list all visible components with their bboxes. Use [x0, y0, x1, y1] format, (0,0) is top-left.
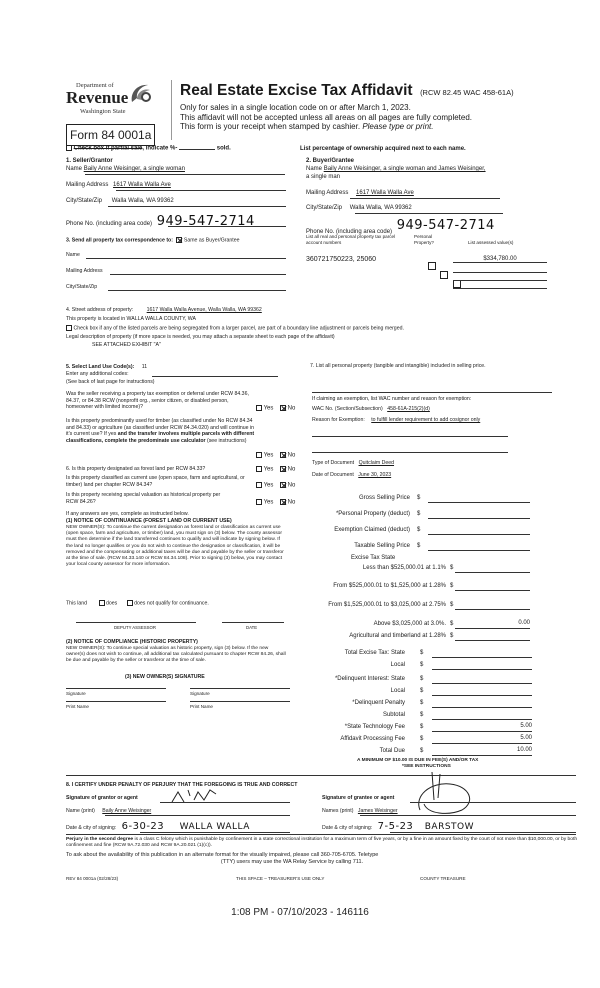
corr-name-label: Name [66, 252, 80, 259]
seller-phone-label: Phone No. (including area code) [66, 221, 152, 227]
tax-row-c5-label: Subtotal [383, 712, 405, 718]
buyer-city-label: City/State/Zip [306, 205, 342, 211]
reason-line-2[interactable] [312, 436, 508, 437]
tax-row-c5-currency: $ [420, 712, 423, 718]
corr-address-label: Mailing Address [66, 268, 103, 275]
accessibility-note: To ask about the availability of this pu… [66, 852, 578, 867]
deputy-assessor-line[interactable] [76, 622, 196, 623]
assessed-value-2[interactable] [453, 272, 547, 273]
buyer-city-underline [355, 213, 503, 214]
header-note-3-text: This form is your receipt when stamped b… [180, 122, 360, 131]
section8-bottom-rule [66, 834, 576, 835]
q-historic-no[interactable]: No [280, 499, 295, 506]
segregated-label: Check box if any of the listed parcels a… [73, 325, 403, 331]
print-label-2: Print Name [190, 704, 213, 709]
segregated-row: Check box if any of the listed parcels a… [66, 325, 404, 332]
wac-row: WAC No. (Section/Subsection) 458-61A-215… [312, 406, 430, 413]
tax-row-c4-value[interactable] [432, 699, 532, 708]
buyer-address-value[interactable]: 1617 Walla Walla Ave [356, 190, 414, 196]
buyer-name-cont: a single man [306, 174, 340, 182]
tax-row-c0-value[interactable] [432, 649, 532, 658]
q-forest-yes[interactable]: Yes [256, 466, 273, 473]
does-qualify-checkbox[interactable] [99, 600, 105, 606]
grantor-date-label: Date & city of signing: [66, 825, 116, 831]
does-not-label: does not qualify for continuance. [134, 600, 209, 606]
same-as-buyer-checkbox[interactable] [176, 237, 182, 243]
tax-row-c0-label: Total Excise Tax: State [345, 650, 405, 656]
land-use-row: 5. Select Land Use Code(s): 11 [66, 364, 147, 371]
grantee-city-value[interactable]: BARSTOW [425, 822, 474, 832]
q-current-use-yes[interactable]: Yes [256, 482, 273, 489]
tax-row-c3-currency: $ [420, 688, 423, 694]
seller-phone-row: Phone No. (including area code) 949-547-… [66, 214, 255, 231]
seller-address-value[interactable]: 1617 Walla Walla Ave [113, 182, 171, 188]
correspondence-row: 3. Send all property tax correspondence … [66, 237, 240, 244]
tax-row-b4-value[interactable] [455, 632, 530, 641]
assessor-date-label: DATE [246, 625, 257, 630]
buyer-city-row: City/State/Zip Walla Walla, WA 99362 [306, 205, 412, 213]
correspondence-label: 3. Send all property tax correspondence … [66, 237, 173, 243]
signature-label-1: Signature [66, 691, 86, 696]
new-owner-signature-title: (3) NEW OWNER(S) SIGNATURE [125, 674, 205, 681]
doc-type-label: Type of Document [312, 460, 354, 466]
tax-row-a2-label: Exemption Claimed (deduct) [334, 527, 410, 533]
tax-row-c2-label: *Delinquent Interest: State [335, 676, 405, 682]
dor-swirl-icon [128, 82, 154, 106]
q-current-use-text: Is this property classified as current u… [66, 475, 251, 488]
seller-name-value[interactable]: Baily Anne Weisinger, a single woman [84, 166, 185, 172]
owner-print-1[interactable] [66, 701, 166, 702]
q-timber-text: Is this property predominantly used for … [66, 418, 256, 444]
reason-label: Reason for Exemption: [312, 417, 365, 423]
form-number: Form 84 0001a [70, 128, 151, 142]
seller-phone-underline [168, 226, 286, 227]
located-in: This property is located in WALLA WALLA … [66, 316, 196, 323]
land-use-code[interactable]: 11 [142, 364, 147, 370]
wac-label: WAC No. (Section/Subsection) [312, 406, 383, 412]
tax-row-c7-value[interactable]: 5.00 [432, 735, 532, 744]
grantor-name-value[interactable]: Baily Anne Weisinger [102, 808, 151, 814]
corr-city-label: City/State/Zip [66, 284, 97, 291]
additional-codes-field[interactable] [152, 376, 278, 377]
seller-address-row: Mailing Address 1617 Walla Walla Ave [66, 182, 171, 190]
does-label: does [106, 600, 117, 606]
tax-row-b0-label: Less than $525,000.01 at 1.1% [363, 565, 446, 571]
tax-row-b3-currency: $ [450, 621, 453, 627]
print-label-1: Print Name [66, 704, 89, 709]
buyer-name-value[interactable]: Baily Anne Weisinger, a single woman and… [324, 166, 486, 172]
buyer-address-row: Mailing Address 1617 Walla Walla Ave [306, 190, 414, 198]
q-exemption-text: Was the seller receiving a property tax … [66, 391, 256, 411]
tax-row-b4-label: Agricultural and timberland at 1.28% [349, 633, 446, 639]
legal-label: Legal description of property (if more s… [66, 334, 335, 341]
grantor-city-value[interactable]: WALLA WALLA [180, 822, 250, 832]
tax-row-a1-currency: $ [417, 511, 420, 517]
tax-row-b2-label: From $1,525,000.01 to $3,025,000 at 2.75… [328, 602, 446, 608]
legal-value[interactable]: SEE ATTACHED EXHIBIT "A" [92, 342, 161, 349]
buyer-section-title: 2. Buyer/Grantee [306, 158, 354, 166]
header-note-2: This affidavit will not be accepted unle… [180, 113, 590, 123]
personal-property-field[interactable] [312, 392, 552, 393]
signature-label-2: Signature [190, 691, 210, 696]
tax-row-c1-value[interactable] [432, 661, 532, 670]
tax-row-c7-label: Affidavit Processing Fee [340, 736, 405, 742]
buyer-city-value[interactable]: Walla Walla, WA 99362 [350, 205, 412, 211]
q-forest-no[interactable]: No [280, 466, 295, 473]
q-historic-text: Is this property receiving special valua… [66, 492, 226, 505]
seller-city-label: City/State/Zip [66, 198, 102, 204]
treasurer-use: THIS SPACE – TREASURER'S USE ONLY [236, 876, 324, 881]
seller-city-row: City/State/Zip Walla Walla, WA 99362 [66, 198, 174, 206]
tax-row-a2-value[interactable] [428, 526, 530, 535]
notice1-title: (1) NOTICE OF CONTINUANCE (FOREST LAND O… [66, 518, 232, 525]
tax-row-b3-label: Above $3,025,000 at 3.0%. [374, 621, 446, 627]
personal-property-header: Personal Property? [414, 234, 444, 245]
tax-row-a3-value[interactable] [428, 542, 530, 551]
notice1-body: NEW OWNER(S): To continue the current de… [66, 525, 288, 569]
seller-address-underline [116, 190, 286, 191]
segregated-checkbox[interactable] [66, 325, 72, 331]
seller-address-label: Mailing Address [66, 182, 108, 188]
q-timber-no[interactable]: No [280, 452, 295, 459]
tax-row-c6-label: *State Technology Fee [345, 724, 405, 730]
buyer-phone-value[interactable]: 949-547-2714 [397, 218, 495, 233]
additional-codes-label: Enter any additional codes: [66, 371, 129, 378]
q-exemption-no[interactable]: No [280, 405, 295, 412]
form-title-block: Real Estate Excise Tax Affidavit (RCW 82… [180, 82, 590, 132]
q-forest-text: 6. Is this property designated as forest… [66, 466, 256, 473]
grantee-name-label: Names (print) [322, 808, 353, 814]
seller-city-underline [108, 206, 286, 207]
grantee-date-line [390, 832, 576, 833]
form-title: Real Estate Excise Tax Affidavit [180, 82, 413, 99]
tax-row-c2-value[interactable] [432, 675, 532, 684]
dor-logo: Department of Revenue Washington State [66, 82, 164, 122]
tax-row-c0-currency: $ [420, 650, 423, 656]
rev-number: REV 84 0001a (02/28/23) [66, 876, 118, 881]
notice2-title: (2) NOTICE OF COMPLIANCE (HISTORIC PROPE… [66, 639, 198, 646]
tax-row-a0-label: Gross Selling Price [359, 495, 410, 501]
corr-address-field[interactable] [110, 274, 286, 275]
tax-row-c6-currency: $ [420, 724, 423, 730]
tax-row-b4-currency: $ [450, 633, 453, 639]
assessed-value-3[interactable] [453, 280, 547, 281]
doc-type-value[interactable]: Quitclaim Deed [359, 460, 394, 466]
tax-row-c2-currency: $ [420, 676, 423, 682]
does-not-qualify-checkbox[interactable] [127, 600, 133, 606]
tax-row-a0-currency: $ [417, 495, 420, 501]
buyer-address-underline [350, 198, 500, 199]
header-divider [171, 80, 172, 140]
reason-value[interactable]: to fulfill lender requirement to add cos… [371, 417, 480, 423]
tax-row-b1-label: From $525,000.01 to $1,525,000 at 1.28% [333, 583, 446, 589]
minimum-note: A MINIMUM OF $10.00 IS DUE IN FEE(S) AND… [357, 758, 478, 763]
personal-property-checkbox-2[interactable] [440, 271, 448, 279]
corr-name-field[interactable] [86, 258, 286, 259]
partial-sale-suffix: sold. [217, 146, 231, 152]
tax-row-b1-value[interactable] [455, 582, 530, 591]
same-as-buyer-label: Same as Buyer/Grantee [184, 237, 240, 243]
excise-tax-heading: Excise Tax State [351, 555, 395, 561]
county-treasurer: COUNTY TREASURE [420, 876, 466, 881]
reason-row: Reason for Exemption: to fulfill lender … [312, 417, 480, 424]
seller-name-row: Name Baily Anne Weisinger, a single woma… [66, 166, 286, 174]
parcel-header: List all real and personal property tax … [306, 234, 411, 245]
exemption-label: If claiming an exemption, list WAC numbe… [312, 396, 471, 403]
q-exemption-yes[interactable]: Yes [256, 405, 273, 412]
grantor-date-line [140, 832, 290, 833]
wac-value[interactable]: 458-61A-215(2)(d) [387, 406, 430, 412]
grantee-signature-line [410, 802, 576, 803]
if-yes-note: If any answers are yes, complete as inst… [66, 511, 189, 518]
street-row: 4. Street address of property: 1617 Wall… [66, 307, 262, 314]
grantor-signature-label: Signature of grantor or agent [66, 795, 138, 802]
partial-sale-label: Check box if partial sale [74, 146, 143, 152]
grantee-name-value[interactable]: James Weisinger [358, 808, 398, 814]
partial-sale-label-rest: , indicate %- [142, 146, 177, 152]
logo-revenue: Revenue [66, 88, 128, 108]
grantor-name-line [105, 815, 290, 816]
tax-row-c8-label: Total Due [380, 748, 405, 754]
tax-row-b2-value[interactable] [455, 601, 530, 610]
grantee-date-value[interactable]: 7-5-23 [378, 821, 414, 832]
owner-signature-2[interactable] [190, 688, 290, 689]
tax-row-c6-value[interactable]: 5.00 [432, 723, 532, 732]
street-value[interactable]: 1617 Walla Walla Avenue, Walla Walla, WA… [147, 307, 262, 313]
logo-state: Washington State [80, 108, 126, 115]
owner-signature-1[interactable] [66, 688, 166, 689]
tax-row-c8-value[interactable]: 10.00 [432, 747, 532, 756]
grantee-signature-label: Signature of grantee or agent [322, 795, 394, 802]
perjury-note: Perjury in the second degree is a class … [66, 837, 578, 850]
q-current-use-no[interactable]: No [280, 482, 295, 489]
assessed-value-4[interactable] [453, 288, 547, 289]
q-timber-yes[interactable]: Yes [256, 452, 273, 459]
assessed-value-1[interactable]: $334,780.00 [453, 256, 547, 263]
header-note-1: Only for sales in a single location code… [180, 103, 590, 113]
seller-name-label: Name [66, 166, 82, 172]
section8-top-rule [66, 775, 576, 776]
tax-row-a2-currency: $ [417, 527, 420, 533]
see-instructions: *SEE INSTRUCTIONS [402, 764, 451, 769]
tax-row-c7-currency: $ [420, 736, 423, 742]
owner-print-2[interactable] [190, 701, 290, 702]
header-note-3: This form is your receipt when stamped b… [180, 122, 590, 132]
grantee-name-line [360, 815, 576, 816]
reason-line-3[interactable] [312, 452, 508, 453]
assessed-header: List assessed value(s) [468, 240, 513, 245]
land-use-instructions: (See back of last page for instructions) [66, 379, 155, 386]
grantor-signature-line [160, 802, 290, 803]
partial-sale-checkbox[interactable] [66, 145, 72, 151]
scan-timestamp: 1:08 PM - 07/10/2023 - 146116 [0, 907, 600, 918]
buyer-address-label: Mailing Address [306, 190, 348, 196]
form-title-ref: (RCW 82.45 WAC 458-61A) [420, 88, 514, 97]
grantor-date-value[interactable]: 6-30-23 [122, 821, 165, 832]
tax-row-b0-value[interactable] [455, 564, 530, 573]
grantor-name-row: Name (print) Baily Anne Weisinger [66, 808, 151, 815]
buyer-name-label: Name [306, 166, 322, 172]
seller-city-value[interactable]: Walla Walla, WA 99362 [112, 198, 174, 204]
street-label: 4. Street address of property: [66, 307, 133, 313]
seller-name-underline [85, 174, 285, 175]
seller-section-title: 1. Seller/Grantor [66, 158, 113, 166]
partial-sale-row: Check box if partial sale, indicate %- s… [66, 145, 231, 153]
grantee-name-row: Names (print) James Weisinger [322, 808, 398, 815]
tax-row-b2-currency: $ [450, 602, 453, 608]
grantee-date-label: Date & city of signing: [322, 825, 372, 831]
tax-row-a1-label: *Personal Property (deduct) [336, 511, 410, 517]
tax-row-b0-currency: $ [450, 565, 453, 571]
notice2-body: NEW OWNER(S): To continue special valuat… [66, 646, 288, 665]
land-use-label: 5. Select Land Use Code(s): [66, 364, 134, 370]
tax-row-c1-currency: $ [420, 662, 423, 668]
tax-row-c5-value[interactable] [432, 711, 532, 720]
tax-row-b3-value[interactable]: 0.00 [455, 620, 530, 629]
buyer-name-row: Name Baily Anne Weisinger, a single woma… [306, 166, 566, 174]
tax-row-b1-currency: $ [450, 583, 453, 589]
tax-row-c4-label: *Delinquent Penalty [352, 700, 405, 706]
this-land-label: This land [66, 600, 87, 606]
deputy-assessor-label: DEPUTY ASSESSOR [114, 625, 156, 630]
section7-title: 7. List all personal property (tangible … [310, 363, 486, 370]
doc-date-label: Date of Document [312, 472, 354, 478]
continuance-row: This land does does not qualify for cont… [66, 600, 209, 607]
tax-row-c8-currency: $ [420, 748, 423, 754]
tax-row-c3-value[interactable] [432, 687, 532, 696]
doc-type-row: Type of Document Quitclaim Deed [312, 460, 394, 467]
q-historic-yes[interactable]: Yes [256, 499, 273, 506]
personal-property-checkbox-1[interactable] [428, 262, 436, 270]
grantor-name-label: Name (print) [66, 808, 95, 814]
doc-date-value[interactable]: June 30, 2023 [358, 472, 391, 478]
parcel-numbers[interactable]: 360721750223, 25060 [306, 256, 376, 263]
tax-row-a3-label: Taxable Selling Price [354, 543, 410, 549]
ownership-note: List percentage of ownership acquired ne… [300, 146, 466, 154]
tax-row-a1-value[interactable] [428, 510, 530, 519]
tax-row-c4-currency: $ [420, 700, 423, 706]
tax-row-c1-label: Local [391, 662, 405, 668]
grantee-signature-scrawl[interactable] [410, 770, 480, 818]
tax-row-c3-label: Local [391, 688, 405, 694]
tax-row-a0-value[interactable] [428, 494, 530, 503]
corr-city-field[interactable] [108, 290, 286, 291]
header-note-italic: Please type or print. [362, 122, 433, 131]
tax-row-a3-currency: $ [417, 543, 420, 549]
partial-sale-percent-field[interactable] [179, 149, 215, 150]
assessor-date-line[interactable] [222, 622, 284, 623]
form-number-box: Form 84 0001a [66, 124, 155, 146]
doc-date-row: Date of Document June 30, 2023 [312, 472, 391, 479]
